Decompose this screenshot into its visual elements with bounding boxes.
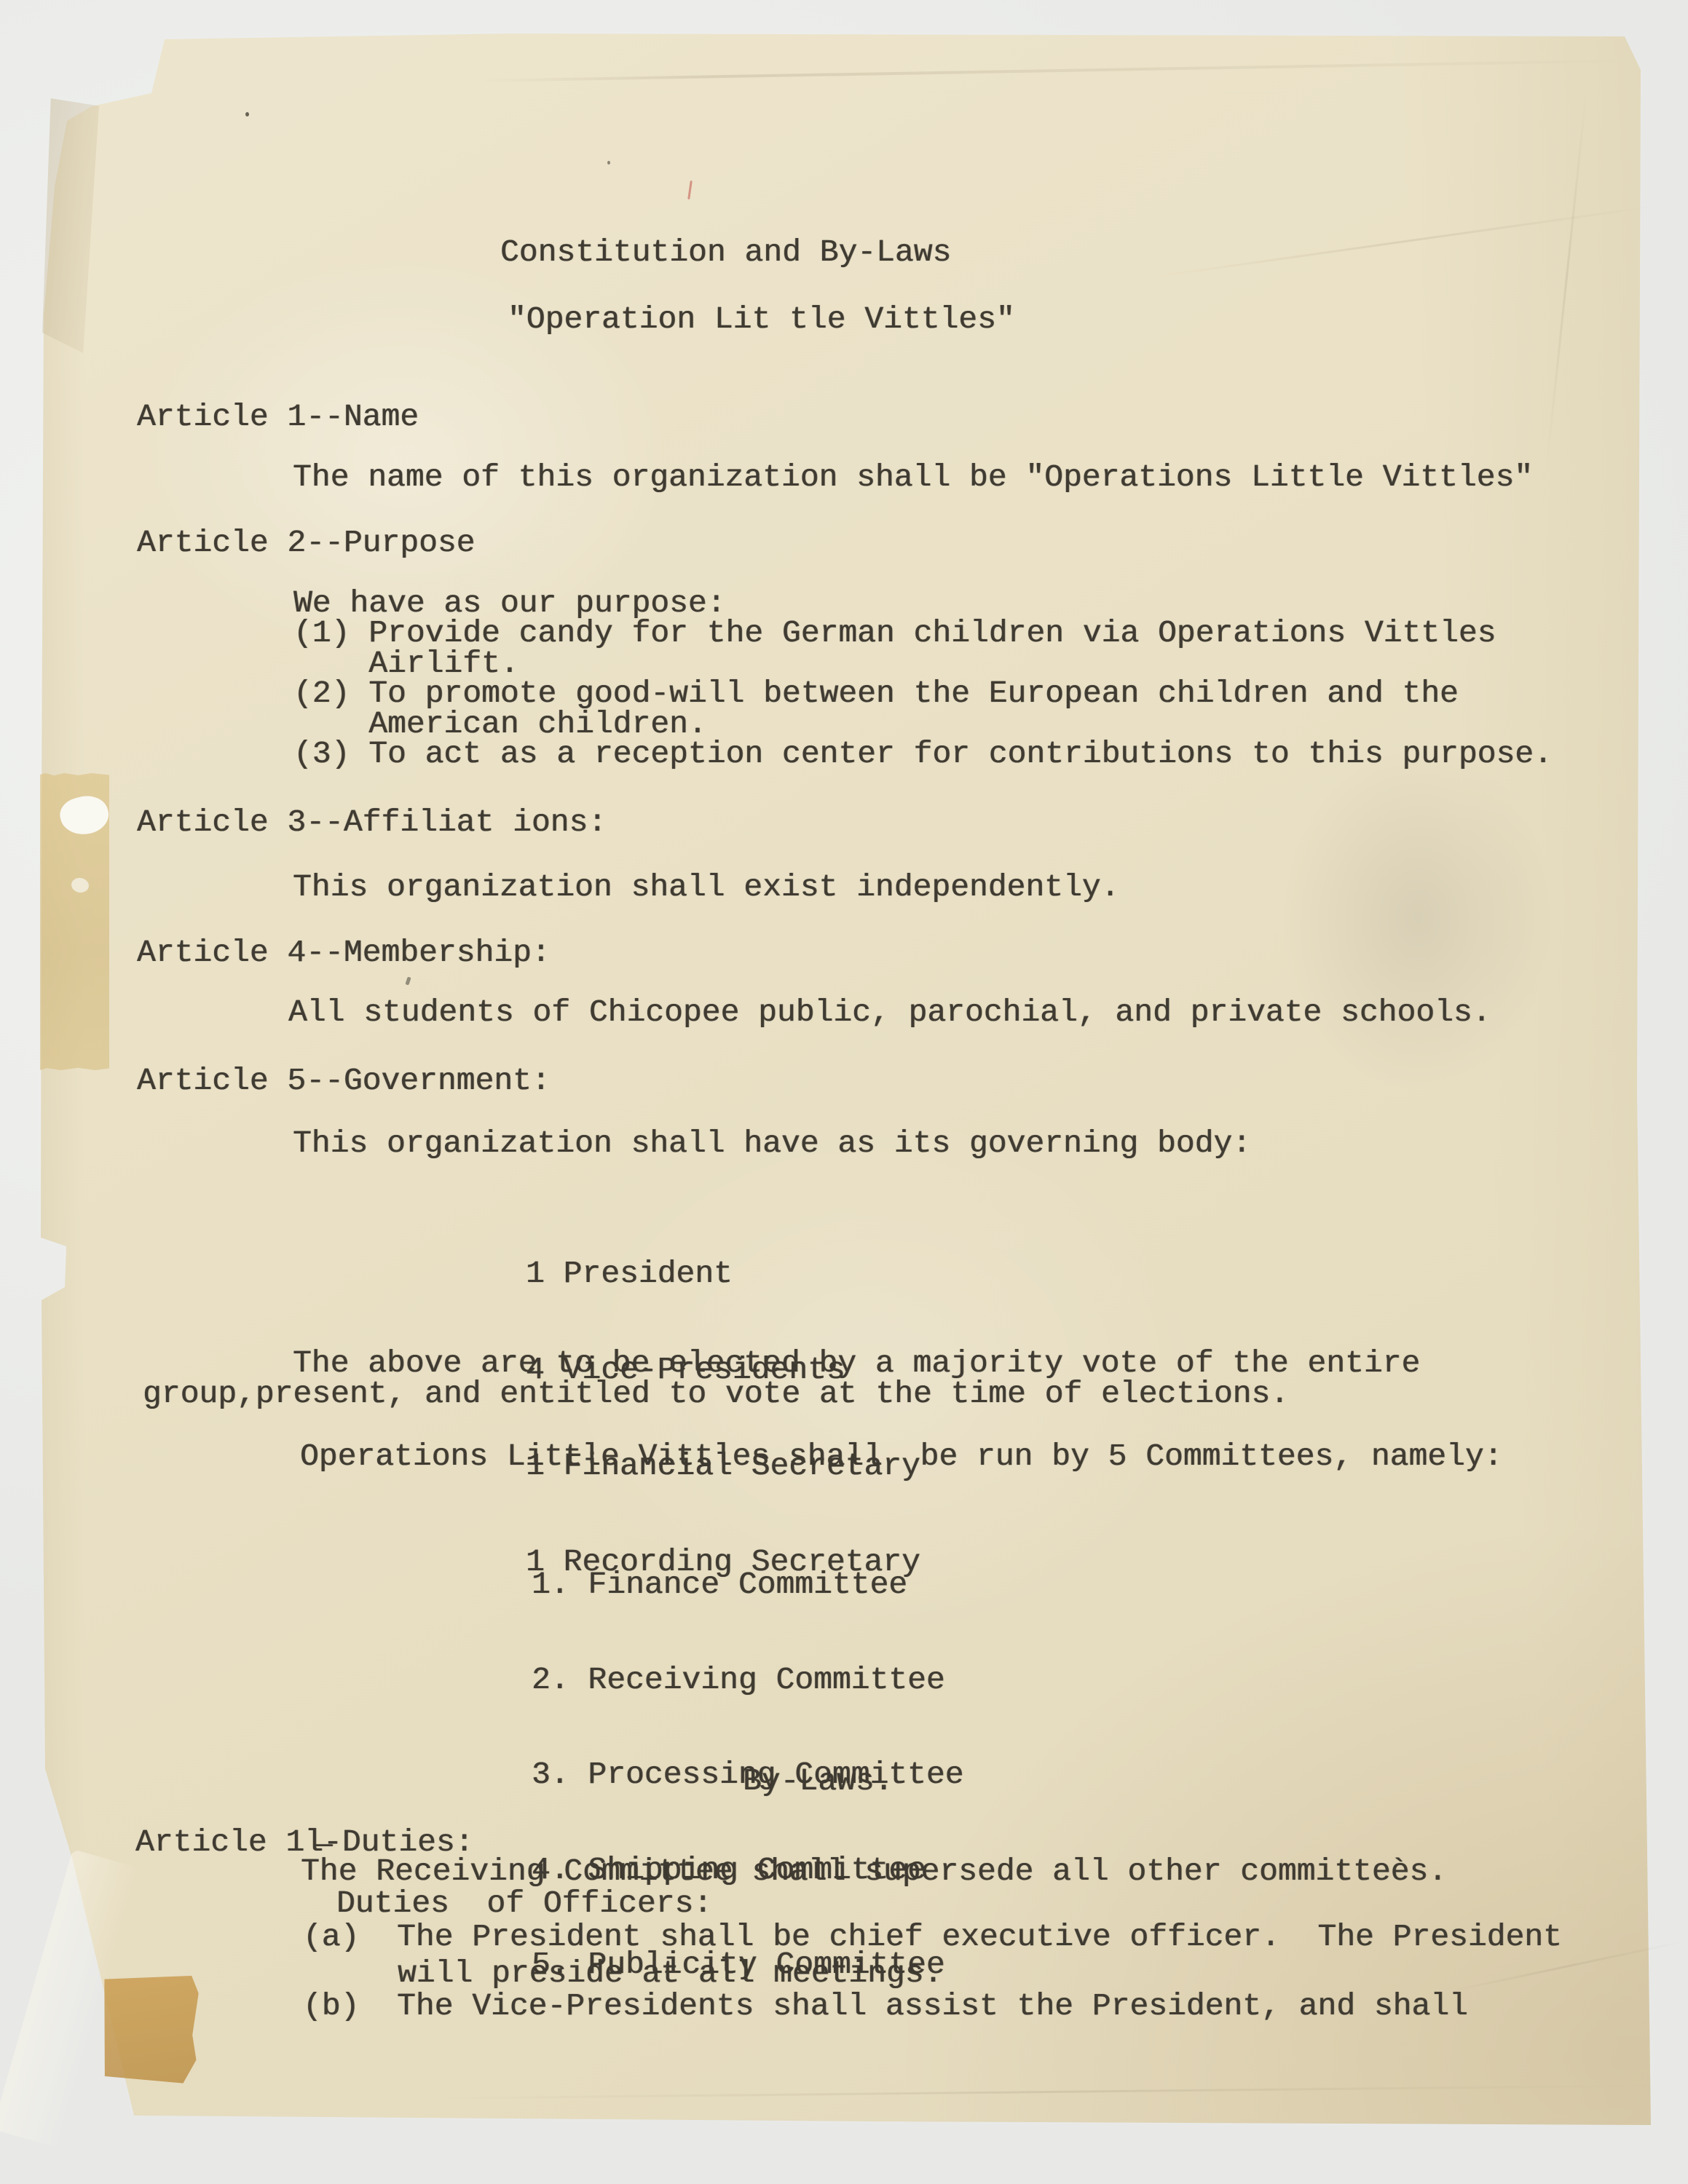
scan-background: { "colors": { "paper": "#eae1c6", "paper… [0,0,1688,2184]
article-4-heading: Article 4--Membership: [137,938,551,968]
doc-title: Constitution and By-Laws [500,237,951,267]
duties-of-officers-label: Duties of Officers: [336,1888,712,1918]
duty-a-line-1: (a) The President shall be chief executi… [303,1922,1562,1952]
committee-item: 1. Finance Committee [532,1569,964,1601]
article-3-heading: Article 3--Affiliat ions: [137,807,607,837]
scanned-document-page: Constitution and By-Laws "Operation Lit … [0,0,1688,2184]
article-1-text: The name of this organization shall be "… [293,462,1533,492]
duty-b-line: (b) The Vice-Presidents shall assist the… [303,1991,1468,2021]
article-5-text: This organization shall have as its gove… [293,1128,1251,1158]
article-1-heading: Article 1--Name [137,402,419,432]
doc-subtitle: "Operation Lit tle Vittles" [508,304,1015,334]
article-3-text: This organization shall exist independen… [293,872,1119,902]
duty-a-line-2: will preside at all meetings. [398,1958,942,1988]
committees-intro: Operations Little Vittles shall be run b… [300,1441,1502,1471]
governing-body-item: 1 President [526,1258,920,1290]
article-4-text: All students of Chicopee public, parochi… [288,997,1491,1027]
article-2-purpose-list: We have as our purpose: (1) Provide cand… [293,588,1553,769]
committee-item: 2. Receiving Committee [532,1664,964,1696]
bylaws-title: By-Laws. [743,1766,893,1796]
elections-paragraph-line-2: group,present, and entitled to vote at t… [143,1379,1289,1409]
elections-paragraph-line-1: The above are to be elected by a majorit… [293,1348,1420,1378]
bylaws-supersede-line: The Receiving Committee shall supersede … [301,1856,1447,1886]
article-2-heading: Article 2--Purpose [137,528,475,558]
article-5-heading: Article 5--Government: [137,1066,551,1096]
